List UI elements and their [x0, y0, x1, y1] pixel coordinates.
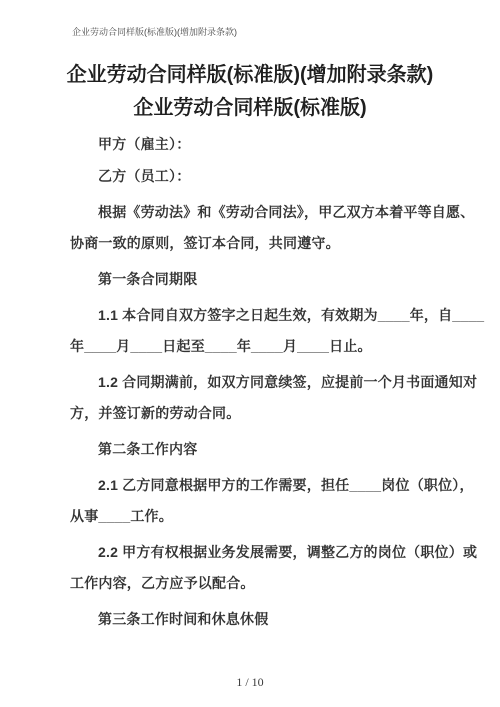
section3-heading-paragraph: 第三条工作时间和休息休假	[70, 604, 436, 635]
clause-2-2-line-2: 工作内容，乙方应予以配合。	[70, 568, 436, 599]
clause-2-2-paragraph: 2.2 甲方有权根据业务发展需要，调整乙方的岗位（职位）或 工作内容，乙方应予以…	[70, 537, 436, 599]
document-title-line-1: 企业劳动合同样版(标准版)(增加附录条款)	[0, 59, 500, 92]
document-header-label: 企业劳动合同样版(标准版)(增加附录条款)	[0, 0, 500, 38]
clause-1-2-line-2: 方，并签订新的劳动合同。	[70, 398, 436, 429]
document-title: 企业劳动合同样版(标准版)(增加附录条款) 企业劳动合同样版(标准版)	[0, 59, 500, 125]
page-number-indicator: 1 / 10	[0, 675, 500, 690]
section2-heading: 第二条工作内容	[70, 434, 436, 465]
section3-heading: 第三条工作时间和休息休假	[70, 604, 436, 635]
clause-1-1-paragraph: 1.1 本合同自双方签字之日起生效，有效期为____年，自____ 年____月…	[70, 300, 436, 362]
section2-heading-paragraph: 第二条工作内容	[70, 434, 436, 465]
preamble-line-1: 根据《劳动法》和《劳动合同法》，甲乙双方本着平等自愿、	[70, 197, 436, 228]
clause-1-2-paragraph: 1.2 合同期满前，如双方同意续签，应提前一个月书面通知对 方，并签订新的劳动合…	[70, 367, 436, 429]
party-b-paragraph: 乙方（员工）：	[70, 161, 436, 192]
document-title-line-2: 企业劳动合同样版(标准版)	[0, 92, 500, 125]
party-b-line: 乙方（员工）：	[70, 161, 436, 192]
preamble-paragraph: 根据《劳动法》和《劳动合同法》，甲乙双方本着平等自愿、 协商一致的原则，签订本合…	[70, 197, 436, 259]
clause-2-2-line-1: 2.2 甲方有权根据业务发展需要，调整乙方的岗位（职位）或	[70, 537, 436, 568]
clause-2-1-line-1: 2.1 乙方同意根据甲方的工作需要，担任____岗位（职位），	[70, 470, 436, 501]
section1-heading-paragraph: 第一条合同期限	[70, 264, 436, 295]
party-a-paragraph: 甲方（雇主）：	[70, 129, 436, 160]
document-page: 企业劳动合同样版(标准版)(增加附录条款) 企业劳动合同样版(标准版)(增加附录…	[0, 0, 500, 707]
clause-2-1-paragraph: 2.1 乙方同意根据甲方的工作需要，担任____岗位（职位）， 从事____工作…	[70, 470, 436, 532]
section1-heading: 第一条合同期限	[70, 264, 436, 295]
clause-1-2-line-1: 1.2 合同期满前，如双方同意续签，应提前一个月书面通知对	[70, 367, 436, 398]
preamble-line-2: 协商一致的原则，签订本合同，共同遵守。	[70, 228, 436, 259]
clause-2-1-line-2: 从事____工作。	[70, 501, 436, 532]
document-body: 甲方（雇主）： 乙方（员工）： 根据《劳动法》和《劳动合同法》，甲乙双方本着平等…	[0, 129, 500, 635]
party-a-line: 甲方（雇主）：	[70, 129, 436, 160]
clause-1-1-line-2: 年____月____日起至____年____月____日止。	[70, 331, 436, 362]
clause-1-1-line-1: 1.1 本合同自双方签字之日起生效，有效期为____年，自____	[70, 300, 436, 331]
